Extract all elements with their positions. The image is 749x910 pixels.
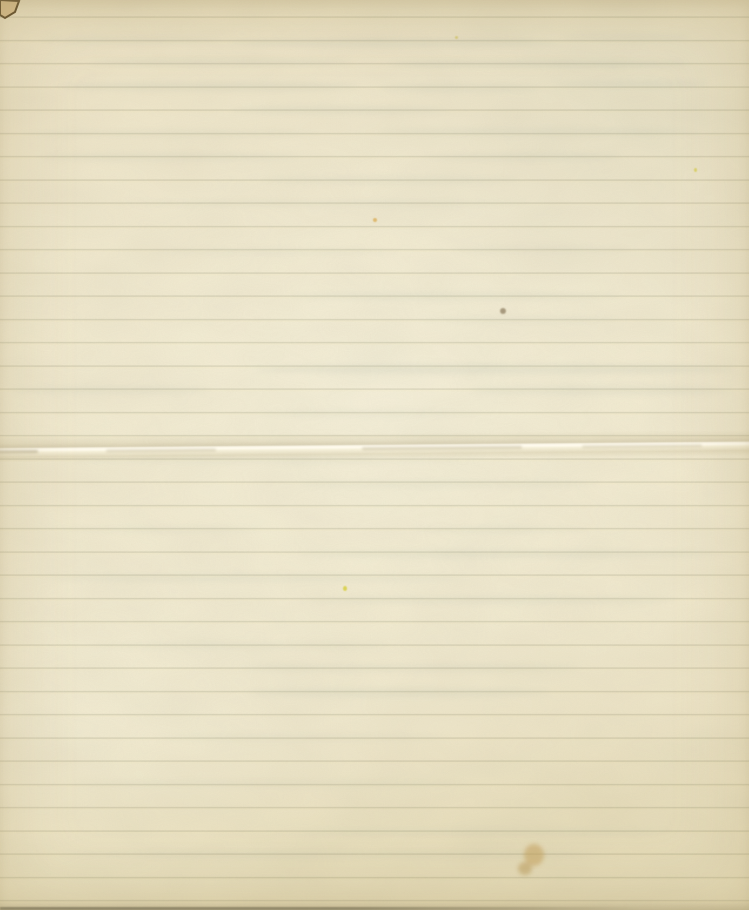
fold-crease-shadow-dash <box>106 448 216 452</box>
fold-crease-shadow-dash <box>0 450 38 453</box>
corner-paper-fragment <box>0 0 26 24</box>
fold-crease-shadow-dash <box>362 446 522 450</box>
fold-crease-shadow-dash <box>582 444 702 448</box>
scanned-paper-sheet <box>0 0 749 910</box>
